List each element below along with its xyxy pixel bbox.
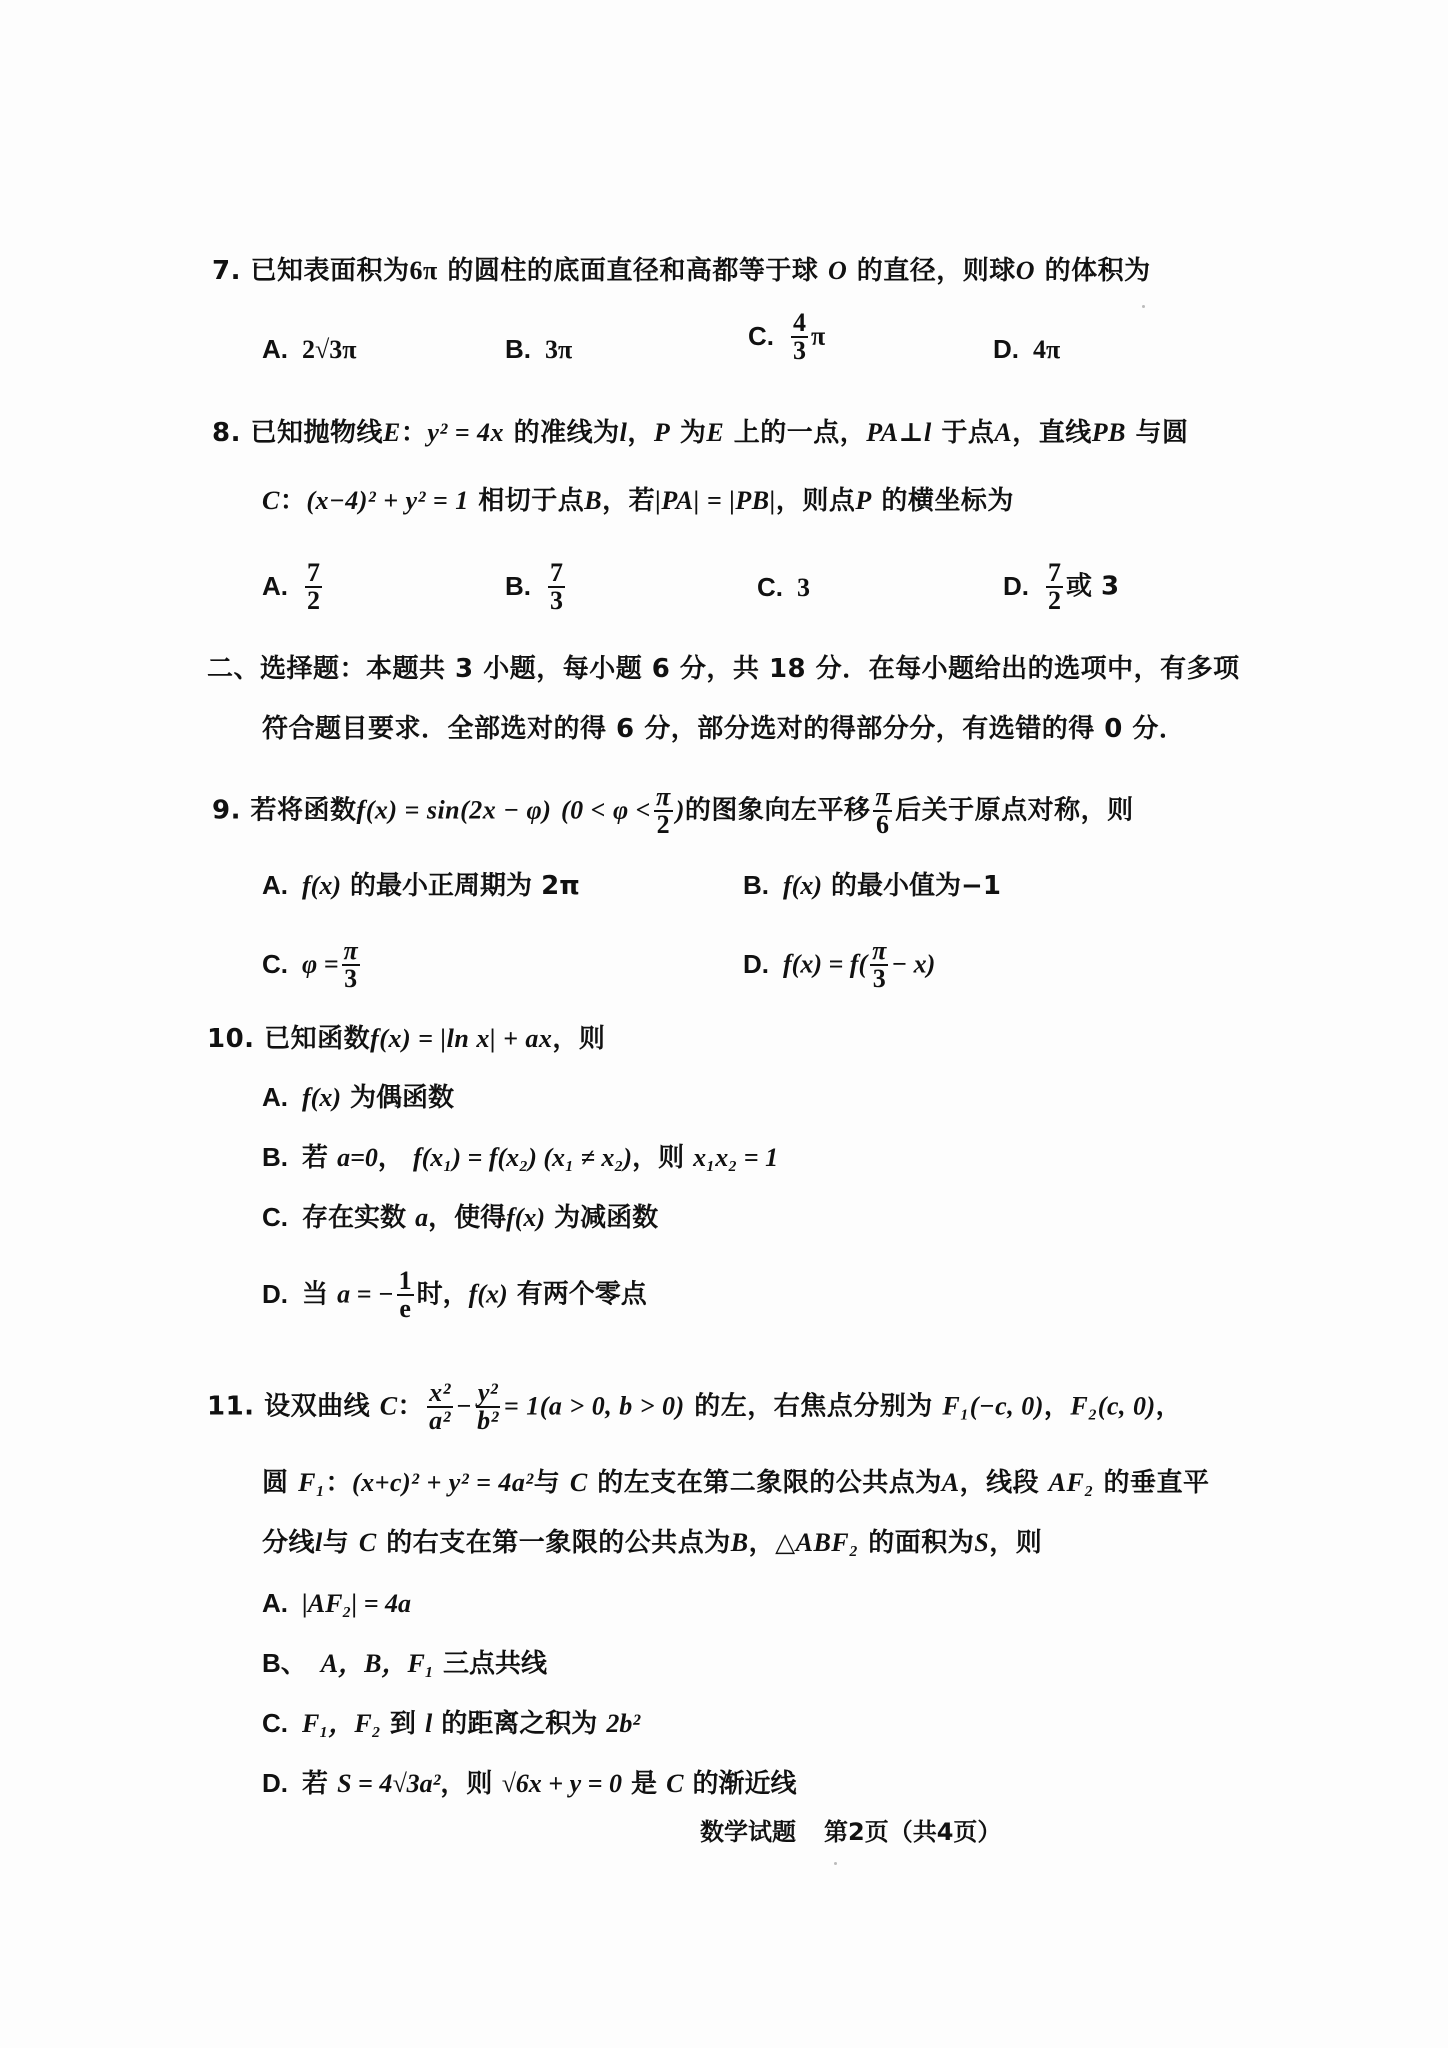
math-var: l (315, 1528, 323, 1557)
math-expr: F₁，F₂ (302, 1709, 381, 1738)
denominator: e (397, 1296, 413, 1322)
stem-text: ，则 (989, 1528, 1042, 1558)
question-8-option-c: C.3 (757, 570, 810, 605)
numerator: 1 (397, 1268, 414, 1296)
fraction: 73 (548, 560, 565, 614)
question-11-stem-line2: 圆 F₁：(x+c)² + y² = 4a²与 C 的左支在第二象限的公共点为A… (262, 1466, 1209, 1500)
option-label: C. (262, 1202, 288, 1232)
numerator: 7 (1046, 560, 1063, 588)
page-footer: 数学试题第2页（共4页） (700, 1812, 1001, 1847)
question-9-option-c: C.φ =π3 (262, 938, 363, 992)
section-text: 二、选择题：本题共 3 小题，每小题 6 分，共 18 分．在每小题给出的选项中… (207, 654, 1240, 684)
math-var: PB (1092, 418, 1126, 447)
math-expr: f(x) = sin(2x − φ) (357, 796, 552, 825)
question-7-stem: 7. 已知表面积为6π 的圆柱的底面直径和高都等于球 O 的直径，则球O 的体积… (212, 254, 1151, 288)
question-number: 11. (207, 1392, 255, 1422)
stem-text: ， (1156, 1392, 1183, 1422)
stem-text: 分线 (262, 1528, 315, 1558)
math-var: A (942, 1468, 960, 1497)
question-number: 7. (212, 256, 241, 286)
question-11-option-c: C.F₁，F₂ 到 l 的距离之积为 2b² (262, 1706, 640, 1741)
option-text: 的距离之积为 (441, 1709, 597, 1739)
question-9-stem: 9. 若将函数f(x) = sin(2x − φ) (0 < φ <π2)的图象… (212, 784, 1134, 838)
math-expr: a=0 (337, 1143, 378, 1172)
stem-text: 已知函数 (264, 1024, 370, 1054)
math-var: E (706, 418, 724, 447)
question-7-option-b: B.3π (505, 332, 572, 367)
stem-text: 的体积为 (1045, 256, 1151, 286)
question-8-option-a: A.72 (262, 560, 325, 614)
option-label: B. (743, 870, 769, 900)
denominator: 3 (791, 338, 808, 364)
stem-text: 上的一点， (734, 418, 867, 448)
option-text: 为减函数 (554, 1203, 658, 1233)
denominator: b² (475, 1408, 501, 1434)
option-text: 当 (302, 1280, 328, 1310)
math-expr: − (456, 1392, 472, 1421)
math-expr: (0 < φ < (561, 796, 651, 825)
question-number: 8. (212, 418, 241, 448)
option-text: 的最小正周期为 2π (350, 871, 580, 901)
option-label: A. (262, 870, 288, 900)
question-11-option-b: B、A，B，F₁ 三点共线 (262, 1646, 547, 1681)
fraction: 72 (1046, 560, 1063, 614)
math-expr: f(x) (302, 1083, 341, 1112)
fraction: π3 (870, 938, 888, 992)
option-label: C. (748, 321, 774, 351)
denominator: a² (427, 1408, 453, 1434)
math-expr: f(x) (783, 871, 822, 900)
option-label: A. (262, 1588, 288, 1618)
numerator: π (342, 938, 360, 966)
numerator: 7 (548, 560, 565, 588)
math-expr: ) (676, 796, 685, 825)
option-text: 存在实数 (302, 1203, 406, 1233)
question-11-stem-line3: 分线l与 C 的右支在第一象限的公共点为B，△ABF₂ 的面积为S，则 (262, 1526, 1042, 1560)
footer-subject: 数学试题 (700, 1818, 796, 1846)
stem-text: ，若 (602, 486, 655, 516)
stem-text: 已知表面积为 (251, 256, 410, 286)
math-expr: x₁x₂ = 1 (693, 1143, 778, 1172)
fraction: π6 (873, 784, 892, 838)
question-11-stem-line1: 11. 设双曲线 C：x²a²−y²b²= 1(a > 0, b > 0) 的左… (207, 1380, 1182, 1434)
stem-text: ： (398, 1392, 425, 1422)
math-expr: f(x) = f( (783, 950, 867, 979)
question-7-option-c: C.43π (748, 310, 825, 364)
math-expr: f(x) (469, 1280, 508, 1309)
question-8-option-d: D.72或 3 (1003, 560, 1119, 614)
option-value: 2√3π (302, 335, 357, 364)
stem-text: 的垂直平 (1103, 1468, 1209, 1498)
question-8-option-b: B.73 (505, 560, 568, 614)
math-var: B (584, 486, 602, 515)
stem-text: 与 (323, 1528, 350, 1558)
math-expr: y² = 4x (427, 418, 504, 447)
numerator: x² (427, 1380, 453, 1408)
math-var: P (654, 418, 670, 447)
stem-text: 设双曲线 (264, 1392, 370, 1422)
stem-text: ： (401, 418, 428, 448)
option-label: D. (262, 1768, 288, 1798)
math-var: P (855, 486, 871, 515)
question-7-option-a: A.2√3π (262, 332, 357, 367)
math-var: a (415, 1203, 428, 1232)
scan-speck (834, 1862, 837, 1865)
fraction: y²b² (475, 1380, 501, 1434)
denominator: 3 (342, 966, 359, 992)
numerator: π (870, 938, 888, 966)
stem-text: 若将函数 (251, 796, 357, 826)
option-text: 到 (390, 1709, 416, 1739)
footer-page-number: 第2页（共4页） (824, 1818, 1001, 1846)
math-var: C (666, 1769, 683, 1798)
stem-text: ： (325, 1468, 352, 1498)
question-8-stem-line1: 8. 已知抛物线E：y² = 4x 的准线为l，P 为E 上的一点，PA⊥l 于… (212, 416, 1189, 450)
option-label: B. (505, 334, 531, 364)
fraction: π2 (654, 784, 673, 838)
option-label: B、 (262, 1648, 307, 1678)
math-expr: φ = (302, 950, 339, 979)
question-10-option-d: D.当 a = −1e时，f(x) 有两个零点 (262, 1268, 647, 1322)
math-expr: (x+c)² + y² = 4a² (352, 1468, 534, 1497)
option-label: D. (262, 1279, 288, 1309)
denominator: 3 (871, 966, 888, 992)
option-label: C. (757, 572, 783, 602)
fraction: π3 (342, 938, 360, 992)
stem-text: 的横坐标为 (881, 486, 1014, 516)
option-text: 的渐近线 (693, 1769, 797, 1799)
math-expr: |PA| = |PB| (655, 486, 776, 515)
denominator: 3 (548, 588, 565, 614)
stem-text: 的图象向左平移 (685, 796, 871, 826)
stem-text: ， (627, 418, 654, 448)
fraction: 72 (305, 560, 322, 614)
scan-speck (1142, 305, 1145, 308)
math-expr: √6x + y = 0 (502, 1769, 622, 1798)
numerator: π (654, 784, 673, 812)
stem-text: 的左，右焦点分别为 (694, 1392, 933, 1422)
math-expr: PA⊥l (866, 418, 931, 447)
math-var: B (731, 1528, 749, 1557)
math-expr: f(x) (302, 871, 341, 900)
option-label: B. (505, 571, 531, 601)
math-expr: S = 4√3a² (337, 1769, 440, 1798)
option-text: 为偶函数 (350, 1083, 454, 1113)
option-text: ，使得 (428, 1203, 506, 1233)
option-label: C. (262, 1708, 288, 1738)
question-9-option-a: A.f(x) 的最小正周期为 2π (262, 868, 580, 903)
question-10-option-a: A.f(x) 为偶函数 (262, 1080, 454, 1115)
question-10-option-c: C.存在实数 a，使得f(x) 为减函数 (262, 1200, 658, 1235)
question-10-option-b: B.若 a=0， f(x₁) = f(x₂) (x₁ ≠ x₂)，则 x₁x₂ … (262, 1140, 778, 1175)
exam-page: 7. 已知表面积为6π 的圆柱的底面直径和高都等于球 O 的直径，则球O 的体积… (0, 0, 1448, 2048)
stem-text: ， (749, 1528, 776, 1558)
stem-text: 为 (680, 418, 707, 448)
stem-text: 后关于原点对称，则 (895, 796, 1134, 826)
question-11-option-d: D.若 S = 4√3a²，则 √6x + y = 0 是 C 的渐近线 (262, 1766, 797, 1801)
math-var: O (828, 256, 847, 285)
stem-text: 的直径，则球 (857, 256, 1016, 286)
math-expr: (x−4)² + y² = 1 (306, 486, 468, 515)
fraction: x²a² (427, 1380, 453, 1434)
question-8-stem-line2: C：(x−4)² + y² = 1 相切于点B，若|PA| = |PB|，则点P… (262, 484, 1014, 518)
option-text: 若 (302, 1769, 328, 1799)
fraction: 1e (397, 1268, 414, 1322)
math-var: C (380, 1392, 398, 1421)
stem-text: 与 (534, 1468, 561, 1498)
stem-text: 与圆 (1136, 418, 1189, 448)
numerator: π (873, 784, 892, 812)
option-text: 有两个零点 (517, 1280, 647, 1310)
math-expr: f(x) (506, 1203, 545, 1232)
math-var: O (1016, 256, 1035, 285)
stem-text: ，线段 (960, 1468, 1040, 1498)
question-7-option-d: D.4π (993, 332, 1060, 367)
option-label: D. (743, 949, 769, 979)
math-expr: = 1(a > 0, b > 0) (504, 1392, 685, 1421)
denominator: 2 (305, 588, 322, 614)
denominator: 2 (655, 812, 673, 838)
option-label: D. (1003, 571, 1029, 601)
section-text: 符合题目要求．全部选对的得 6 分，部分选对的得部分分，有选错的得 0 分． (262, 714, 1185, 744)
stem-text: 相切于点 (478, 486, 584, 516)
stem-text: 的准线为 (514, 418, 620, 448)
stem-text: ： (280, 486, 307, 516)
math-expr: 6π (410, 256, 438, 285)
stem-text: 于点 (941, 418, 994, 448)
denominator: 2 (1046, 588, 1063, 614)
math-expr: F₂(c, 0) (1070, 1392, 1155, 1421)
option-value: 3π (545, 335, 572, 364)
option-label: A. (262, 334, 288, 364)
question-9-option-b: B.f(x) 的最小值为−1 (743, 868, 1001, 903)
math-var: F₁ (298, 1468, 325, 1497)
math-expr: △ABF₂ (775, 1528, 859, 1557)
option-text: 的最小值为−1 (831, 871, 1001, 901)
option-text: 时， (417, 1280, 469, 1310)
option-label: A. (262, 1082, 288, 1112)
math-var: C (570, 1468, 588, 1497)
option-text: ，则 (632, 1143, 684, 1173)
option-label: A. (262, 571, 288, 601)
math-expr: |AF₂| = 4a (302, 1589, 411, 1618)
question-10-stem: 10. 已知函数f(x) = |ln x| + ax，则 (207, 1022, 605, 1056)
stem-text: 的面积为 (868, 1528, 974, 1558)
math-expr: 2b² (606, 1709, 640, 1738)
math-var: C (359, 1528, 377, 1557)
numerator: 4 (791, 310, 808, 338)
question-number: 10. (207, 1024, 255, 1054)
math-var: l (425, 1709, 432, 1738)
option-text: 是 (631, 1769, 657, 1799)
denominator: 6 (874, 812, 892, 838)
math-expr: − x) (891, 950, 935, 979)
stem-text: 已知抛物线 (251, 418, 384, 448)
question-11-option-a: A.|AF₂| = 4a (262, 1586, 411, 1621)
section-2-heading: 二、选择题：本题共 3 小题，每小题 6 分，共 18 分．在每小题给出的选项中… (207, 652, 1240, 686)
option-label: D. (993, 334, 1019, 364)
option-text: 若 (302, 1143, 328, 1173)
math-expr: f(x) = |ln x| + ax (370, 1024, 552, 1053)
option-value: 4π (1033, 335, 1060, 364)
stem-text: 的右支在第一象限的公共点为 (386, 1528, 731, 1558)
math-var: E (383, 418, 401, 447)
numerator: y² (476, 1380, 500, 1408)
stem-text: 圆 (262, 1468, 289, 1498)
math-expr: f(x₁) = f(x₂) (x₁ ≠ x₂) (413, 1143, 632, 1172)
stem-text: 的左支在第二象限的公共点为 (597, 1468, 942, 1498)
math-expr: a = − (337, 1280, 394, 1309)
math-expr: F₁(−c, 0) (942, 1392, 1044, 1421)
option-label: B. (262, 1142, 288, 1172)
section-2-instructions: 符合题目要求．全部选对的得 6 分，部分选对的得部分分，有选错的得 0 分． (262, 712, 1185, 746)
question-number: 9. (212, 796, 241, 826)
fraction: 43 (791, 310, 808, 364)
option-value: π (811, 322, 825, 351)
math-expr: A，B，F₁ (321, 1649, 434, 1678)
question-9-option-d: D.f(x) = f(π3− x) (743, 938, 935, 992)
math-var: C (262, 486, 280, 515)
option-value: 或 3 (1066, 572, 1119, 602)
option-value: 3 (797, 573, 810, 602)
math-expr: AF₂ (1049, 1468, 1094, 1497)
stem-text: ，直线 (1012, 418, 1092, 448)
math-var: S (974, 1528, 989, 1557)
option-text: ，则 (440, 1769, 492, 1799)
stem-text: 的圆柱的底面直径和高都等于球 (447, 256, 818, 286)
math-var: A (994, 418, 1012, 447)
stem-text: ，则 (552, 1024, 605, 1054)
numerator: 7 (305, 560, 322, 588)
stem-text: ，则点 (776, 486, 856, 516)
stem-text: ， (1044, 1392, 1071, 1422)
option-text: ， (378, 1143, 404, 1173)
option-text: 三点共线 (443, 1649, 547, 1679)
option-label: C. (262, 949, 288, 979)
